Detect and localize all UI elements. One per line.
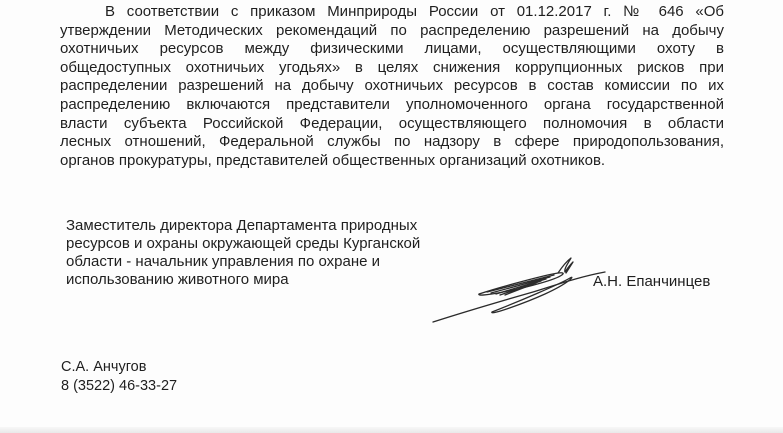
handwritten-signature-icon <box>428 248 612 332</box>
paragraph-line: распределению включаются представители у… <box>60 96 724 115</box>
signer-title-block: Заместитель директора Департамента приро… <box>66 217 486 289</box>
executor-name: С.А. Анчугов <box>61 358 177 377</box>
paragraph-line: власти субъекта Российской Федерации, ос… <box>60 115 724 134</box>
paragraph-line: общедоступных охотничьих угодьях» в целя… <box>60 59 724 78</box>
signer-title-line: использованию животного мира <box>66 271 486 289</box>
signer-title-line: Заместитель директора Департамента приро… <box>66 217 486 235</box>
paragraph-line: лесных отношений, Федеральной службы по … <box>60 133 724 152</box>
paragraph-line: охотничьих ресурсов между физическими ли… <box>60 40 724 59</box>
paragraph-line: утверждении Методических рекомендаций по… <box>60 22 724 41</box>
executor-contact-block: С.А. Анчугов 8 (3522) 46-33-27 <box>61 358 177 395</box>
body-paragraph: В соответствии с приказом Минприроды Рос… <box>60 3 724 170</box>
paragraph-line: распределении разрешений на добычу охотн… <box>60 77 724 96</box>
executor-phone: 8 (3522) 46-33-27 <box>61 377 177 396</box>
signer-title-line: ресурсов и охраны окружающей среды Курга… <box>66 235 486 253</box>
signer-name: А.Н. Епанчинцев <box>593 273 710 290</box>
scan-edge-strip <box>0 427 783 433</box>
paragraph-line: В соответствии с приказом Минприроды Рос… <box>60 3 724 22</box>
signer-title-line: области - начальник управления по охране… <box>66 253 486 271</box>
paragraph-line: органов прокуратуры, представителей обще… <box>60 152 724 171</box>
scanned-letter-page: В соответствии с приказом Минприроды Рос… <box>0 0 783 433</box>
